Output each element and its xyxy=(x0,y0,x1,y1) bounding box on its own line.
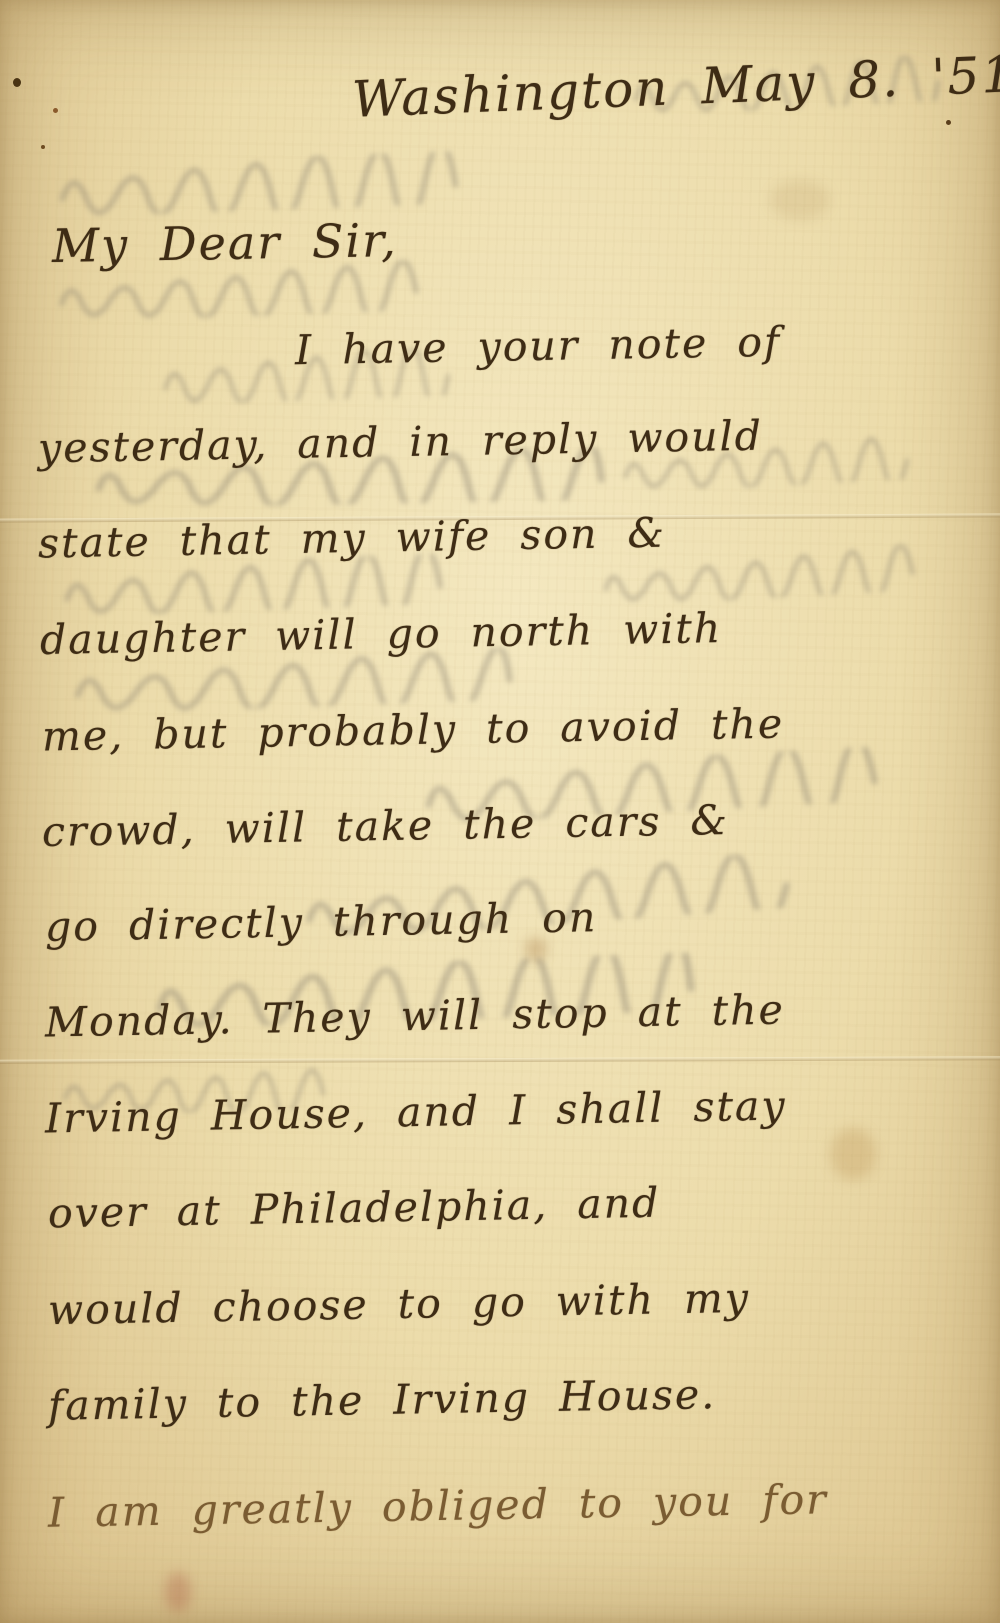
ink-bleedthrough xyxy=(54,151,476,218)
paper-stain xyxy=(165,1572,191,1612)
fold-crease xyxy=(0,1056,1000,1063)
ink-speck xyxy=(946,120,951,125)
letter-line: me, but probably to avoid the xyxy=(42,700,785,761)
letter-line: daughter will go north with xyxy=(40,604,723,664)
letter-line: yesterday, and in reply would xyxy=(38,412,764,473)
letter-line: crowd, will take the cars & xyxy=(42,796,730,856)
letter-line: would choose to go with my xyxy=(48,1274,751,1334)
letter-line: I am greatly obliged to you for xyxy=(48,1475,829,1537)
ink-speck xyxy=(13,78,21,87)
paper-stain xyxy=(830,1128,876,1180)
letter-line: go directly through on xyxy=(45,893,598,951)
letter-line: I have your note of xyxy=(295,318,782,374)
letter-line: Monday. They will stop at the xyxy=(45,986,786,1047)
letter-dateline: Washington May 8. '51 xyxy=(351,45,1000,128)
letter-line: state that my wife son & xyxy=(38,509,667,568)
ink-speck xyxy=(41,145,45,149)
letter-salutation: My Dear Sir, xyxy=(52,213,399,273)
letter-line: Irving House, and I shall stay xyxy=(45,1082,787,1143)
paper-stain xyxy=(770,180,830,220)
letter-line: family to the Irving House. xyxy=(48,1370,717,1430)
letter-line: over at Philadelphia, and xyxy=(48,1179,661,1238)
ink-speck xyxy=(53,108,58,113)
letter-page: Washington May 8. '51 My Dear Sir, I hav… xyxy=(0,0,1000,1623)
